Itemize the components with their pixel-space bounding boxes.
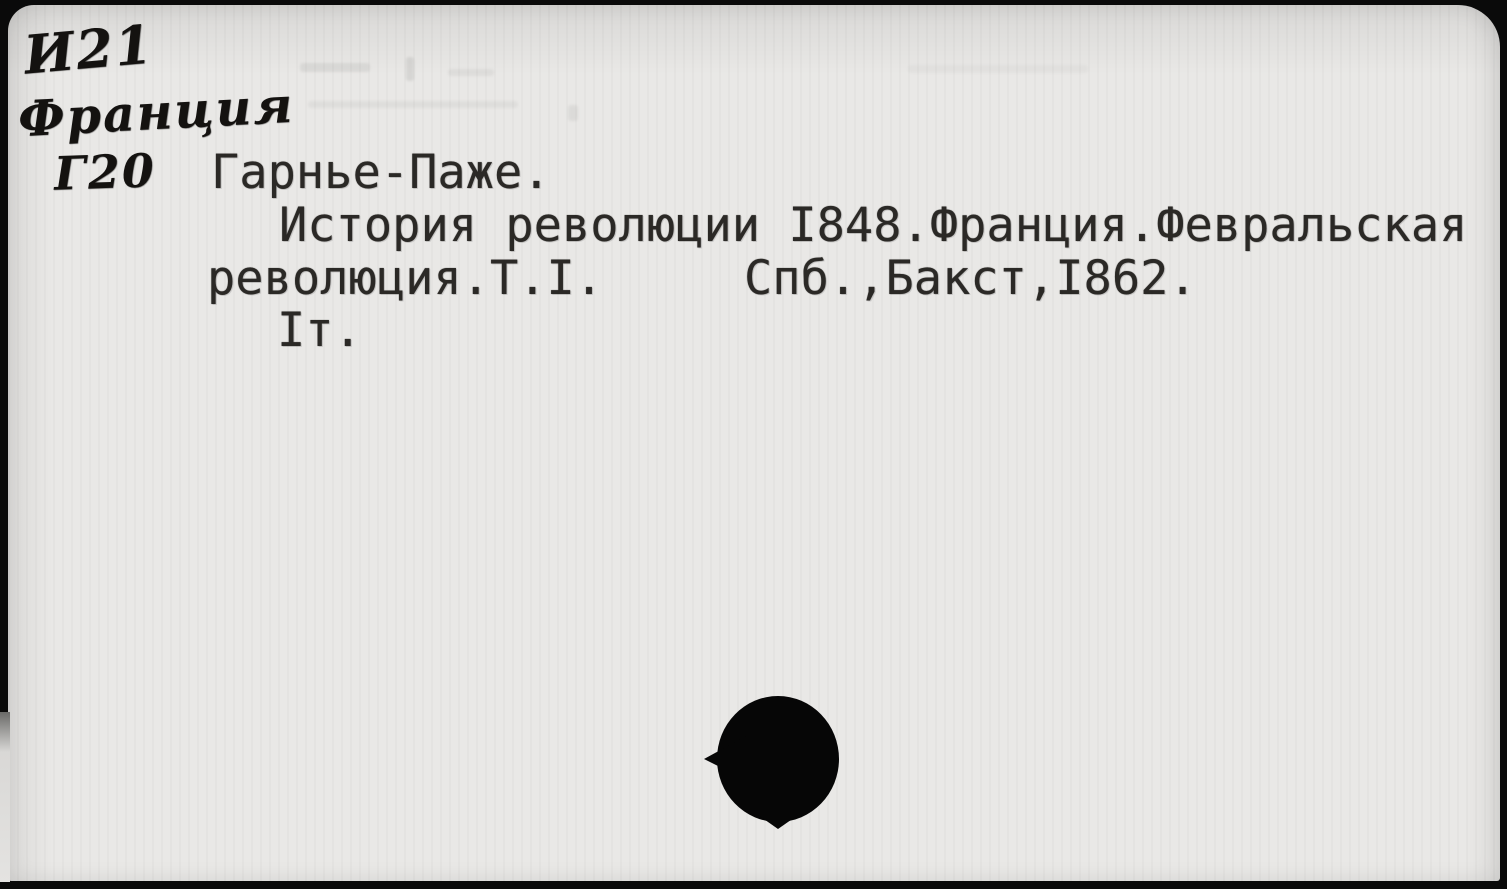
holdings-line: Iт. bbox=[277, 306, 362, 356]
title-continuation-line: революция.Т.I. bbox=[207, 254, 603, 304]
scan-artifact bbox=[406, 57, 414, 81]
title-line: История революции I848.Франция.Февральск… bbox=[279, 201, 1467, 251]
scan-artifact bbox=[308, 101, 518, 108]
shelf-code-handwritten: Г20 bbox=[53, 143, 157, 201]
subject-heading-handwritten: Франция bbox=[17, 76, 296, 148]
scan-artifact bbox=[908, 65, 1088, 73]
scan-edge-fade bbox=[0, 712, 10, 882]
catalog-card: И21 Франция Г20 Гарнье-Паже. История рев… bbox=[8, 5, 1500, 881]
author-heading: Гарнье-Паже. bbox=[211, 148, 551, 198]
call-number-handwritten: И21 bbox=[22, 13, 157, 86]
punch-hole-mark bbox=[680, 673, 860, 833]
imprint-line: Спб.,Бакст,I862. bbox=[744, 254, 1197, 304]
scan-artifact bbox=[568, 105, 578, 121]
scanned-catalog-card-page: И21 Франция Г20 Гарнье-Паже. История рев… bbox=[0, 0, 1507, 889]
scan-artifact bbox=[448, 69, 494, 76]
scan-artifact bbox=[300, 63, 370, 72]
